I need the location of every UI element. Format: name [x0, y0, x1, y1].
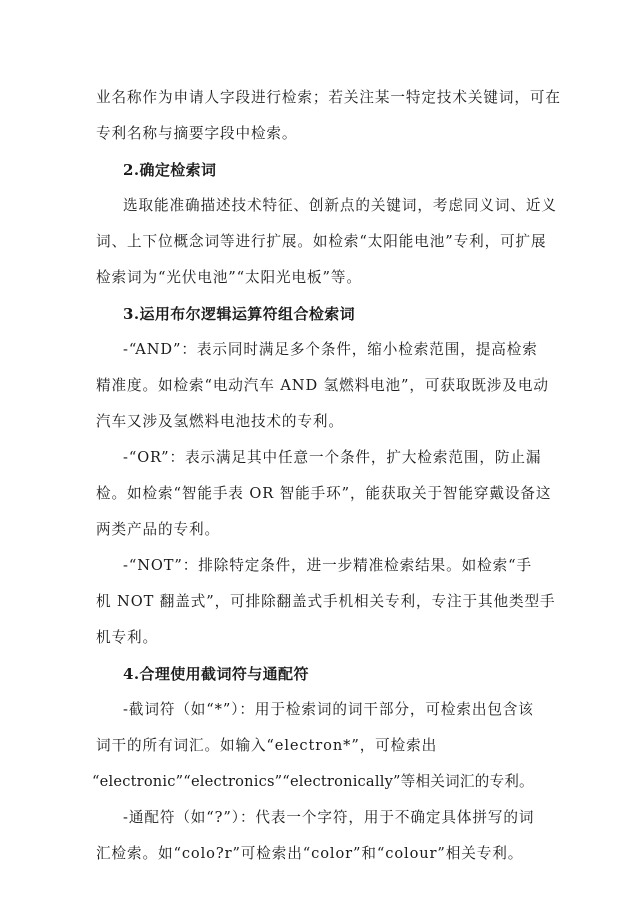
paragraph-line: 两类产品的专利。 — [96, 520, 220, 540]
section-heading: 3.运用布尔逻辑运算符组合检索词 — [123, 304, 355, 324]
paragraph-line: 机专利。 — [96, 628, 158, 648]
section-heading: 4.合理使用截词符与通配符 — [123, 664, 309, 684]
paragraph-line: 专利名称与摘要字段中检索。 — [96, 124, 297, 144]
paragraph-line: 检。如检索“智能手表 OR 智能手环”，能获取关于智能穿戴设备这 — [96, 484, 551, 504]
paragraph-line: 选取能准确描述技术特征、创新点的关键词，考虑同义词、近义 — [123, 196, 557, 216]
paragraph-line: -“AND”：表示同时满足多个条件，缩小检索范围，提高检索 — [123, 340, 538, 360]
paragraph-line: -通配符（如“?”）：代表一个字符，用于不确定具体拼写的词 — [123, 808, 534, 828]
paragraph-line: 词干的所有词汇。如输入“electron*”，可检索出 — [96, 736, 437, 756]
paragraph-line: 业名称作为申请人字段进行检索；若关注某一特定技术关键词，可在 — [96, 88, 561, 108]
paragraph-line: -截词符（如“*”）：用于检索词的词干部分，可检索出包含该 — [123, 700, 534, 720]
section-heading: 2.确定检索词 — [123, 160, 216, 180]
paragraph-line: 词、上下位概念词等进行扩展。如检索“太阳能电池”专利，可扩展 — [96, 232, 547, 252]
paragraph-line: 检索词为“光伏电池”“太阳光电板”等。 — [96, 268, 362, 288]
paragraph-line: -“NOT”：排除特定条件，进一步精准检索结果。如检索“手 — [123, 556, 532, 576]
paragraph-line: 精准度。如检索“电动汽车 AND 氢燃料电池”，可获取既涉及电动 — [96, 376, 549, 396]
paragraph-line: 汽车又涉及氢燃料电池技术的专利。 — [96, 412, 344, 432]
paragraph-line: 汇检索。如“colo?r”可检索出“color”和“colour”相关专利。 — [96, 844, 523, 864]
paragraph-line: “electronic”“electronics”“electronically… — [92, 772, 534, 792]
paragraph-line: -“OR”：表示满足其中任意一个条件，扩大检索范围，防止漏 — [123, 448, 541, 468]
paragraph-line: 机 NOT 翻盖式”，可排除翻盖式手机相关专利，专注于其他类型手 — [96, 592, 555, 612]
